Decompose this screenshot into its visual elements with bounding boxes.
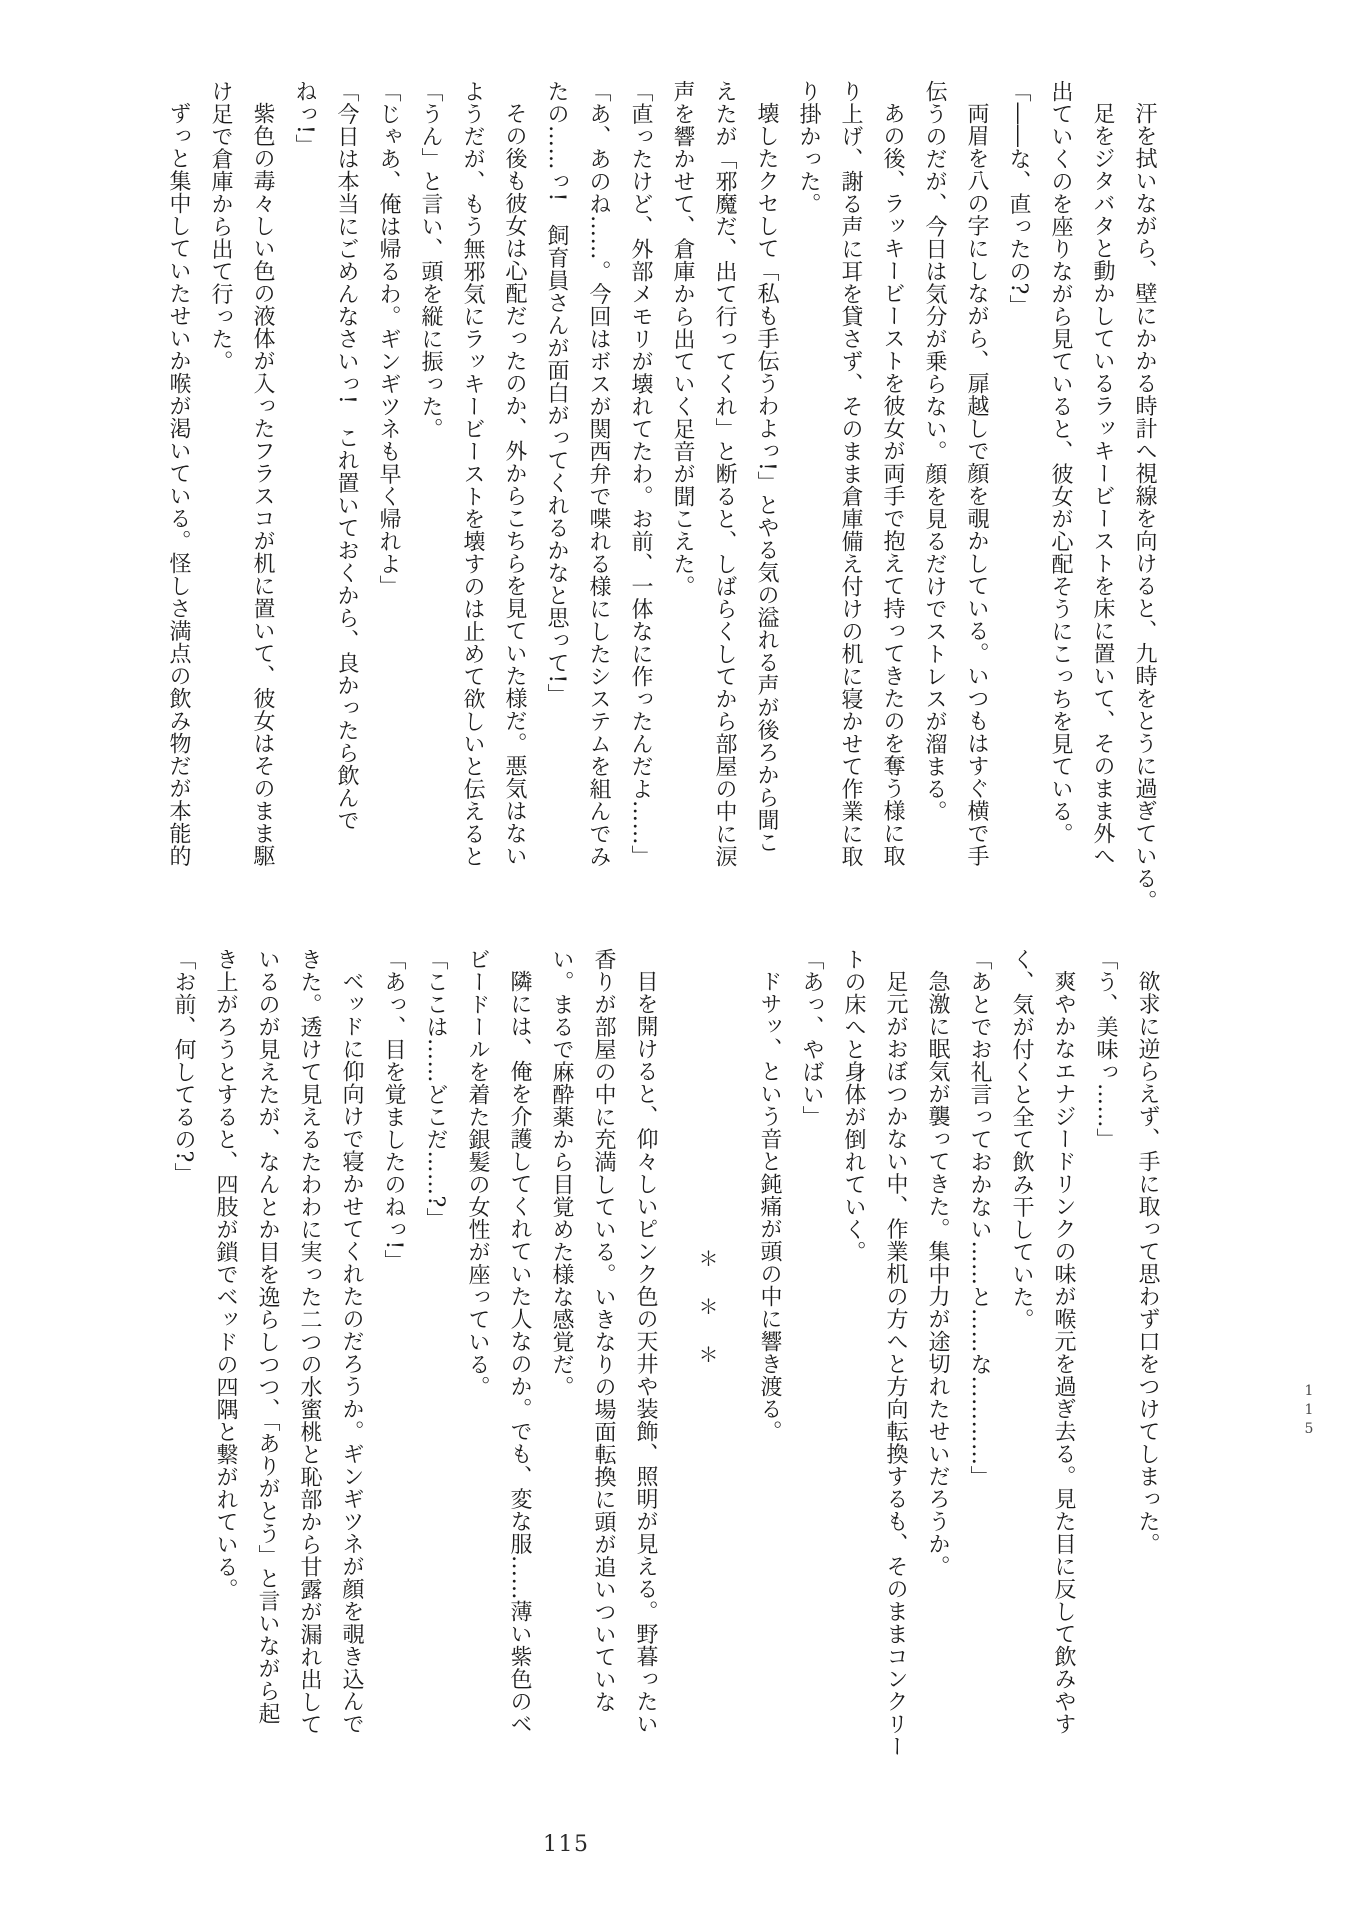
text-line: 「あっ、やばい」 — [790, 948, 832, 1770]
text-line: たの……っ! 飼育員さんが面白がってくれるかなと思って!」 — [535, 80, 577, 902]
text-line: ようだが、もう無邪気にラッキービーストを壊すのは止めて欲しいと伝えると — [451, 80, 493, 902]
text-line: 目を開けると、仰々しいピンク色の天井や装飾、照明が見える。野暮ったい — [624, 948, 666, 1770]
text-line: く、気が付くと全て飲み干していた。 — [1000, 948, 1042, 1770]
text-line: トの床へと身体が倒れていく。 — [832, 948, 874, 1770]
text-line: きた。透けて見えるたわわに実った二つの水蜜桃と恥部から甘露が漏れ出して — [288, 948, 330, 1770]
text-line: り掛かった。 — [787, 80, 829, 902]
text-line: 「うん」と言い、頭を縦に振った。 — [409, 80, 451, 902]
text-line: 急激に眠気が襲ってきた。集中力が途切れたせいだろうか。 — [916, 948, 958, 1770]
text-line: 「あとでお礼言っておかない……と……な…………」 — [958, 948, 1000, 1770]
text-line: ずっと集中していたせいか喉が渇いている。怪しさ満点の飲み物だが本能的 — [157, 80, 199, 902]
text-line: その後も彼女は心配だったのか、外からこちらを見ていた様だ。悪気はない — [493, 80, 535, 902]
text-line: 香りが部屋の中に充満している。いきなりの場面転換に頭が追いついていな — [582, 948, 624, 1770]
page-number-margin: 115 — [1301, 1383, 1317, 1440]
text-line: け足で倉庫から出て行った。 — [199, 80, 241, 902]
text-line: 爽やかなエナジードリンクの味が喉元を過ぎ去る。見た目に反して飲みやす — [1042, 948, 1084, 1770]
text-line: 両眉を八の字にしながら、扉越しで顔を覗かしている。いつもはすぐ横で手 — [955, 80, 997, 902]
text-line: ベッドに仰向けで寝かせてくれたのだろうか。ギンギツネが顔を覗き込んで — [330, 948, 372, 1770]
text-line: 「ここは……どこだ……?」 — [414, 948, 456, 1770]
text-line: 壊したクセして「私も手伝うわよっ!」とやる気の溢れる声が後ろから聞こ — [745, 80, 787, 902]
text-line: 隣には、俺を介護してくれていた人なのか。でも、変な服……薄い紫色のベ — [498, 948, 540, 1770]
text-line: あの後、ラッキービーストを彼女が両手で抱えて持ってきたのを奪う様に取 — [871, 80, 913, 902]
text-line: 伝うのだが、今日は気分が乗らない。顔を見るだけでストレスが溜まる。 — [913, 80, 955, 902]
text-line: 「う、美味っ……」 — [1084, 948, 1126, 1770]
text-line: 声を響かせて、倉庫から出ていく足音が聞こえた。 — [661, 80, 703, 902]
page-number-bottom: 115 — [543, 1832, 590, 1857]
text-line: 「あ、あのね……。今回はボスが関西弁で喋れる様にしたシステムを組んでみ — [577, 80, 619, 902]
section-separator: ＊＊＊ — [686, 948, 728, 1770]
text-line: 汗を拭いながら、壁にかかる時計へ視線を向けると、九時をとうに過ぎている。 — [1123, 80, 1165, 902]
text-line: き上がろうとすると、四肢が鎖でベッドの四隅と繋がれている。 — [204, 948, 246, 1770]
text-line: えたが「邪魔だ、出て行ってくれ」と断ると、しばらくしてから部屋の中に涙 — [703, 80, 745, 902]
text-line: い。まるで麻酔薬から目覚めた様な感覚だ。 — [540, 948, 582, 1770]
text-line: 足元がおぼつかない中、作業机の方へと方向転換するも、そのままコンクリー — [874, 948, 916, 1770]
text-line: いるのが見えたが、なんとか目を逸らしつつ、「ありがとう」と言いながら起 — [246, 948, 288, 1770]
text-line: 「直ったけど、外部メモリが壊れてたわ。お前、一体なに作ったんだよ……」 — [619, 80, 661, 902]
text-line: 足をジタバタと動かしているラッキービーストを床に置いて、そのまま外へ — [1081, 80, 1123, 902]
text-line: 「お前、何してるの?」 — [162, 948, 204, 1770]
text-line: 「じゃあ、俺は帰るわ。ギンギツネも早く帰れよ」 — [367, 80, 409, 902]
text-line: ねっ!」 — [283, 80, 325, 902]
text-line: ビードールを着た銀髪の女性が座っている。 — [456, 948, 498, 1770]
text-line: 「今日は本当にごめんなさいっ! これ置いておくから、良かったら飲んで — [325, 80, 367, 902]
text-line: 欲求に逆らえず、手に取って思わず口をつけてしまった。 — [1126, 948, 1168, 1770]
text-line: り上げ、謝る声に耳を貸さず、そのまま倉庫備え付けの机に寝かせて作業に取 — [829, 80, 871, 902]
text-block-bottom: 欲求に逆らえず、手に取って思わず口をつけてしまった。「う、美味っ……」爽やかなエ… — [162, 948, 1168, 1770]
novel-page: 汗を拭いながら、壁にかかる時計へ視線を向けると、九時をとうに過ぎている。足をジタ… — [0, 0, 1360, 1920]
text-block-top: 汗を拭いながら、壁にかかる時計へ視線を向けると、九時をとうに過ぎている。足をジタ… — [157, 80, 1165, 902]
text-line: 「――な、直ったの?」 — [997, 80, 1039, 902]
text-line: 「あっ、目を覚ましたのねっ!」 — [372, 948, 414, 1770]
text-line: ドサッ、という音と鈍痛が頭の中に響き渡る。 — [748, 948, 790, 1770]
text-line: 出ていくのを座りながら見ていると、彼女が心配そうにこっちを見ている。 — [1039, 80, 1081, 902]
text-line: 紫色の毒々しい色の液体が入ったフラスコが机に置いて、彼女はそのまま駆 — [241, 80, 283, 902]
